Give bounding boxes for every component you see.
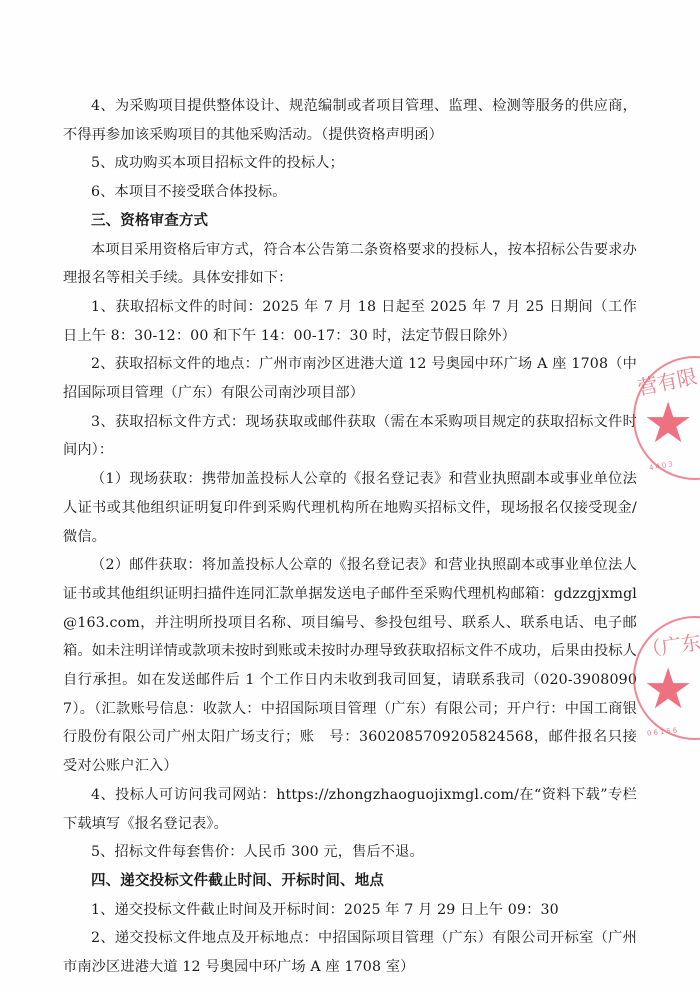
document-acquisition-time: 1、获取招标文件的时间：2025 年 7 月 18 日起至 2025 年 7 月…	[63, 293, 637, 350]
website-download-note: 4、投标人可访问我司网站：https://zhongzhaoguojixmgl.…	[63, 781, 637, 838]
seal-star-icon: ★	[643, 662, 693, 718]
document-acquisition-location: 2、获取招标文件的地点：广州市南沙区进港大道 12 号奥园中环广场 A 座 17…	[63, 350, 637, 407]
document-price: 5、招标文件每套售价：人民币 300 元，售后不退。	[63, 838, 637, 867]
clause-4-supplier-restriction: 4、为采购项目提供整体设计、规范编制或者项目管理、监理、检测等服务的供应商，不得…	[63, 92, 637, 149]
seal-top-clip: 营有限 ★ 4403	[630, 330, 700, 510]
clause-6-no-consortium: 6、本项目不接受联合体投标。	[63, 178, 637, 207]
clause-5-purchased-documents: 5、成功购买本项目招标文件的投标人；	[63, 149, 637, 178]
section-heading-qualification-review: 三、资格审查方式	[63, 207, 637, 236]
seal-number: 06156	[647, 726, 680, 737]
document-acquisition-method: 3、获取招标文件方式：现场获取或邮件获取（需在本采购项目规定的获取招标文件时间内…	[63, 408, 637, 465]
company-seal-bottom: （广东 ★ 06156	[633, 616, 700, 740]
submission-deadline-time: 1、递交投标文件截止时间及开标时间：2025 年 7 月 29 日上午 09：3…	[63, 896, 637, 925]
submission-location: 2、递交投标文件地点及开标地点：中招国际项目管理（广东）有限公司开标室（广州市南…	[63, 924, 637, 981]
qualification-review-intro: 本项目采用资格后审方式，符合本公告第二条资格要求的投标人，按本招标公告要求办理报…	[63, 236, 637, 293]
document-body: 4、为采购项目提供整体设计、规范编制或者项目管理、监理、检测等服务的供应商，不得…	[63, 92, 637, 982]
seal-bottom-clip: （广东 ★ 06156	[630, 600, 700, 780]
seal-star-icon: ★	[643, 396, 693, 452]
onsite-acquisition: （1）现场获取：携带加盖投标人公章的《报名登记表》和营业执照副本或事业单位法人证…	[63, 465, 637, 551]
document-page: 4、为采购项目提供整体设计、规范编制或者项目管理、监理、检测等服务的供应商，不得…	[0, 0, 700, 991]
email-acquisition: （2）邮件获取：将加盖投标人公章的《报名登记表》和营业执照副本或事业单位法人证书…	[63, 551, 637, 781]
section-heading-submission-deadline: 四、递交投标文件截止时间、开标时间、地点	[63, 867, 637, 896]
company-seal-top: 营有限 ★ 4403	[633, 356, 700, 480]
seal-number: 4403	[649, 460, 676, 472]
